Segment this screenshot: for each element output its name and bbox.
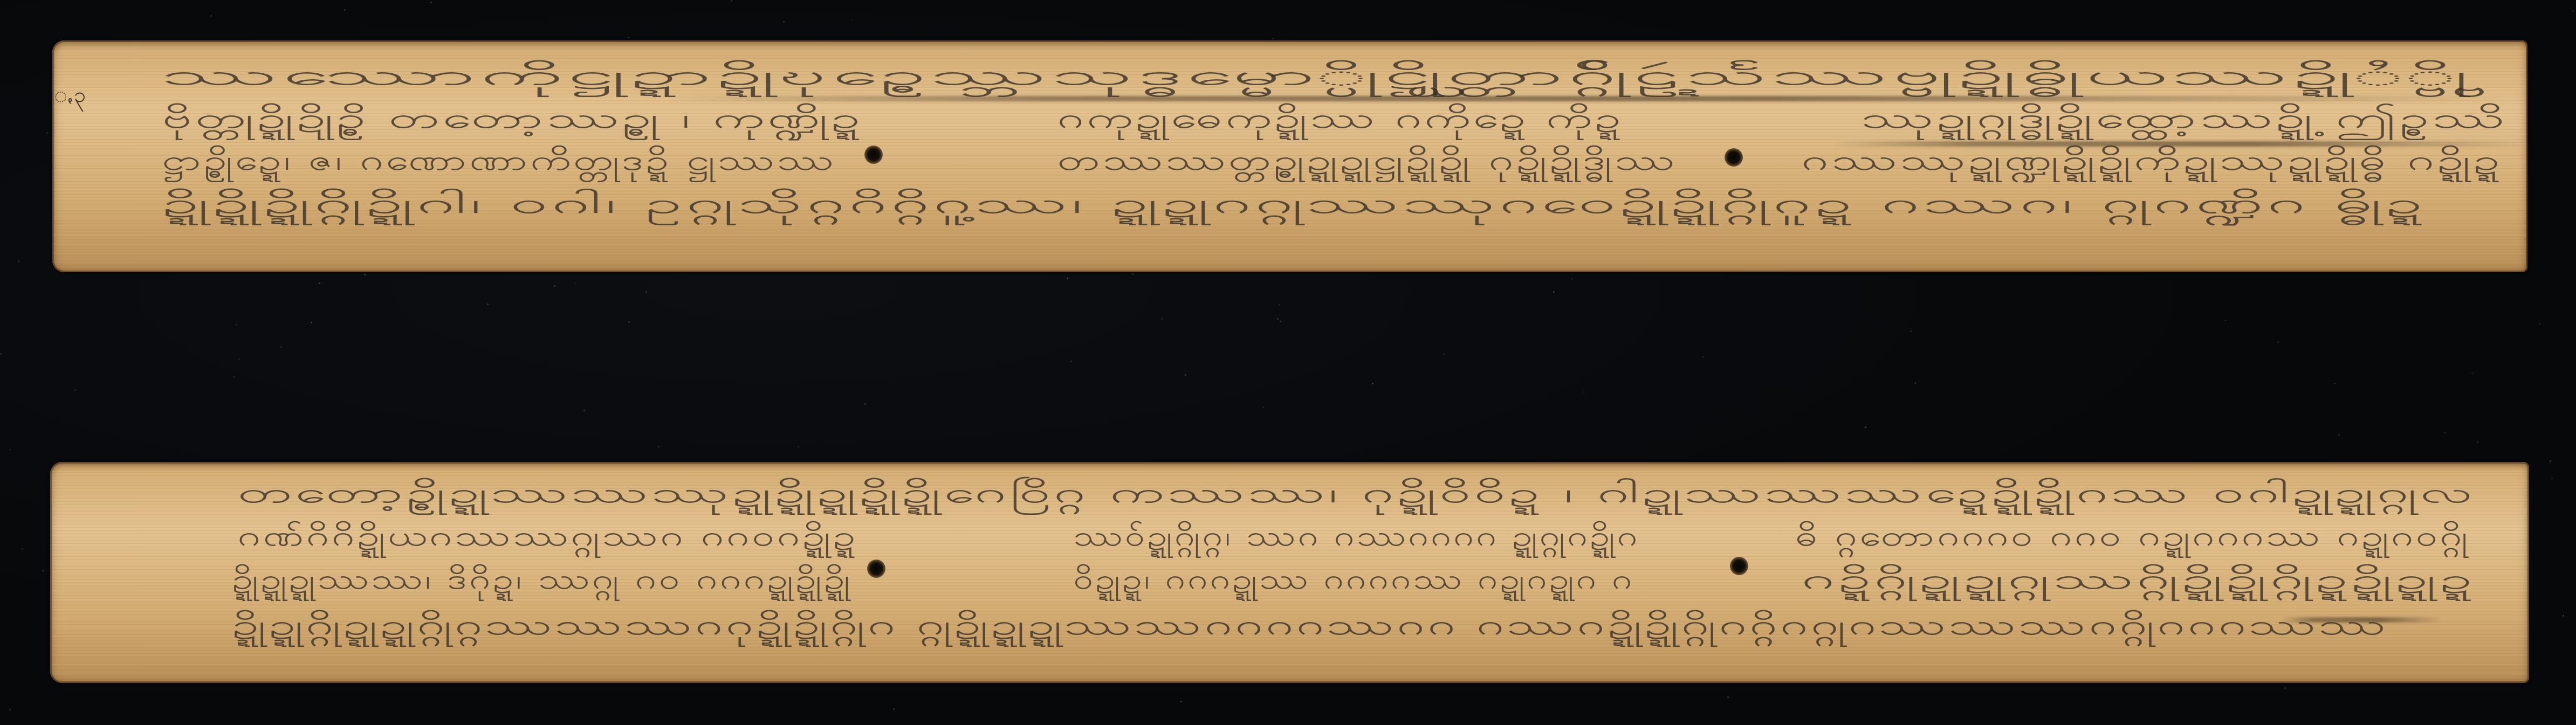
velvet-speck [43,570,44,571]
script-glyphs: ဂဍ္ဍိဂ္ဂိုဍ္ဍုဍ္ဍုဂ္ဂုဿဂ္ဂိုဍ္ဍိုဍ္ဍိုဂ္… [1801,566,2475,593]
script-glyphs: ဍ္ဍိုဍ္ဍိုဍ္ဍိုဂ္ဂိုဍ္ဍိုဂါ၊ ဝဂါ၊ ဥဂ္ဂုသ… [162,190,2427,218]
velvet-speck [1444,353,1445,355]
velvet-speck [783,21,785,23]
velvet-speck [2277,341,2279,343]
incised-script-line: ဿဝ်ဍ္ဍုဂ္ဂိုဂ္ဂ၊ ဿဂ ဂဿဂဂဂဂ ဍ္ဍုဂ္ဂုဂဍ္ဍိ… [1073,523,1639,550]
velvet-speck [344,9,346,11]
velvet-speck [1280,321,1281,322]
velvet-speck [1161,318,1163,320]
script-glyphs: ဂကုဍ္ဍုဓေကုဍ္ဍိုဿ ဂကိုဍ္ဍေ ကိုဍ္ဍ [1057,105,1623,132]
incised-script-line: ဝိဍ္ဍုဍ္ဍ၊ ဂဂဂဍ္ဍုဿ ဂဂဂဂဿ ဂဍ္ဍုဂဍ္ဍုဂ ဂ [1073,566,1634,593]
velvet-speck [658,446,660,447]
velvet-speck [2338,434,2340,436]
velvet-speck [628,321,630,323]
velvet-speck [2551,478,2553,479]
script-glyphs: တဿဿတ္တဥ္ဓုဍ္ဍုဍ္ဍုဋ္ဌုဍ္ဍိုဍ္ဍို ဂုဍ္ဍို… [1057,147,1677,174]
velvet-speck [487,303,489,305]
incised-script-line: ဂဿဿုဍ္ဍုဏ္ဍုဍ္ဍိုဍ္ဍိုကိုဍ္ဍုဿုဍ္ဍုဍ္ဍို… [1801,147,2502,174]
velvet-speck [1910,330,1912,332]
velvet-speck [210,15,212,17]
velvet-speck [645,291,647,293]
stain-streak [674,96,2508,101]
velvet-speck [1263,406,1265,408]
velvet-speck [1277,318,1279,320]
velvet-speck [2444,432,2446,433]
incised-script-line: ဍ္ဍိုဍ္ဍုဍ္ဍုဿဿ၊ ဒိဂိုဍ္ဍ၊ ဿဂ္ဂု ဂဝ ဂဂဂဍ… [232,566,852,593]
velvet-speck [0,353,2,355]
velvet-speck [22,548,23,550]
velvet-speck [1132,273,1134,275]
incised-script-line: ဗိုတ္တုဍ္ဍိုဍိုဥ္ဓိ တတော့ဿဥ္ဓု ၊ ကုဏ္ဍို… [162,105,863,132]
velvet-speck [583,410,585,411]
velvet-speck [319,282,320,284]
velvet-speck [74,389,76,391]
incised-script-line: ဂကုဍ္ဍုဓေကုဍ္ဍိုဿ ဂကိုဍ္ဍေ ကိုဍ္ဍ [1057,105,1623,132]
velvet-speck [1582,391,1584,393]
script-glyphs: ဿဝ်ဍ္ဍုဂ္ဂိုဂ္ဂ၊ ဿဂ ဂဿဂဂဂဂ ဍ္ဍုဂ္ဂုဂဍ္ဍိ… [1073,523,1639,550]
velvet-speck [311,322,312,323]
velvet-speck [9,709,11,710]
binding-hole [867,560,885,578]
incised-script-line: ဿုဍ္ဍုဂ္ဂုဒ္ဓိုဍ္ဍိုထ္ထော့ဿဍ္ဍို့ ဤဥ္ဓဿိ [1860,105,2508,132]
velvet-speck [2572,10,2574,12]
velvet-speck [2563,615,2564,617]
velvet-speck [2334,383,2335,384]
velvet-speck [430,2,432,3]
script-glyphs: ဂဏ်ဂိဂိဍ္ဍိုယဂဿဿဂ္ဂုဿဂ ဂဂဝဂဍ္ဍိုဍ္ဍ [237,523,857,550]
velvet-speck [731,0,732,2]
velvet-speck [628,37,629,38]
palm-leaf-top: ဿဿောကိုဋ္ဌုဍ္ဍာဍ္ဍိုဎုဥ္ဓေဿ္ဘသုဒ္ဓမ္မော္… [52,40,2527,272]
velvet-speck [236,324,237,326]
script-glyphs: ဋ္ဌာဥ္ဓိုဍ္ဍေ၊ ဇ၊ ဂဏောဏာကိတ္တုဒုဍ္ဍိ ဋ္ဌ… [162,147,836,174]
script-glyphs: ဍ္ဍိုဍ္ဍုဍ္ဍုဿဿ၊ ဒိဂိုဍ္ဍ၊ ဿဂ္ဂု ဂဝ ဂဂဂဍ… [232,566,852,593]
script-glyphs: ဿဿောကိုဋ္ဌုဍ္ဍာဍ္ဍိုဎုဥ္ဓေဿ္ဘသုဒ္ဓမ္မော္… [162,61,2473,89]
velvet-speck [1702,356,1704,357]
script-glyphs: ဓိ ဂ္ဂတောဂဂဂဝ ဂဂဝ ဂဍ္ဍုဂဂဂဿ ဂဍ္ဍုဂဝဂ္ဂို [1796,523,2470,550]
velvet-speck [1067,278,1068,279]
velvet-speck [1372,383,1373,384]
incised-script-line: ဂဏ်ဂိဂိဍ္ဍိုယဂဿဿဂ္ဂုဿဂ ဂဂဝဂဍ္ဍိုဍ္ဍ [237,523,857,550]
velvet-speck [798,446,799,447]
velvet-speck [18,260,19,262]
script-glyphs: ဿုဍ္ဍုဂ္ဂုဒ္ဓိုဍ္ဍိုထ္ထော့ဿဍ္ဍို့ ဤဥ္ဓဿိ [1860,105,2508,132]
velvet-speck [9,449,11,451]
velvet-speck [2550,460,2551,462]
velvet-speck [2225,320,2227,321]
velvet-speck [1571,278,1573,280]
binding-hole [864,146,883,164]
binding-hole [1730,557,1748,575]
incised-script-line: တဿဿတ္တဥ္ဓုဍ္ဍုဍ္ဍုဋ္ဌုဍ္ဍိုဍ္ဍို ဂုဍ္ဍို… [1057,147,1677,174]
incised-script-line: ဍ္ဍိုဍ္ဍုဂ္ဂိုဍ္ဍုဍ္ဍုဂ္ဂိုဂ္ဂဿဿဿဂဂုဍ္ဍိ… [232,611,2389,639]
velvet-speck [2471,372,2473,374]
velvet-speck [1865,426,1866,428]
velvet-speck [2284,687,2286,689]
folio-margin-mark: ꩻ၃ [54,81,87,113]
incised-script-line: ဋ္ဌာဥ္ဓိုဍ္ဍေ၊ ဇ၊ ဂဏောဏာကိတ္တုဒုဍ္ဍိ ဋ္ဌ… [162,147,836,174]
velvet-speck [1070,361,1072,362]
script-glyphs: ဗိုတ္တုဍ္ဍိုဍိုဥ္ဓိ တတော့ဿဥ္ဓု ၊ ကုဏ္ဍို… [162,105,863,132]
script-glyphs: ဍ္ဍိုဍ္ဍုဂ္ဂိုဍ္ဍုဍ္ဍုဂ္ဂိုဂ္ဂဿဿဿဂဂုဍ္ဍိ… [232,611,2389,639]
velvet-speck [2477,441,2478,443]
velvet-speck [1180,701,1182,702]
script-glyphs: ဝိဍ္ဍုဍ္ဍ၊ ဂဂဂဍ္ဍုဿ ဂဂဂဂဿ ဂဍ္ဍုဂဍ္ဍုဂ ဂ [1073,566,1634,593]
palm-leaf-bottom: တတော့ဥ္ဓိုဍ္ဍုဿဿဿုဍ္ဍုဍ္ဍိုဍ္ဍုဍ္ဍိုဍ္ဍိ… [50,462,2529,683]
incised-script-line: ဂဍ္ဍိဂ္ဂိုဍ္ဍုဍ္ဍုဂ္ဂုဿဂ္ဂိုဍ္ဍိုဍ္ဍိုဂ္… [1801,566,2475,593]
velvet-speck [1553,291,1555,293]
velvet-speck [1272,38,1274,39]
velvet-speck [864,403,866,405]
script-glyphs: တတော့ဥ္ဓိုဍ္ဍုဿဿဿုဍ္ဍုဍ္ဍိုဍ္ဍုဍ္ဍိုဍ္ဍိ… [237,479,2476,507]
velvet-speck [280,346,282,348]
binding-hole [1725,148,1743,167]
velvet-speck [238,358,240,360]
velvet-speck [233,376,235,378]
velvet-speck [1185,374,1186,376]
velvet-speck [893,708,895,710]
incised-script-line: ဿဿောကိုဋ္ဌုဍ္ဍာဍ္ဍိုဎုဥ္ဓေဿ္ဘသုဒ္ဓမ္မော္… [162,61,2473,89]
velvet-speck [1279,304,1280,306]
velvet-speck [851,19,853,21]
velvet-speck [46,132,48,134]
velvet-speck [1727,696,1729,698]
velvet-speck [575,282,576,284]
velvet-speck [554,285,555,287]
incised-script-line: တတော့ဥ္ဓိုဍ္ဍုဿဿဿုဍ္ဍုဍ္ဍိုဍ္ဍုဍ္ဍိုဍ္ဍိ… [237,479,2476,507]
script-glyphs: ဂဿဿုဍ္ဍုဏ္ဍုဍ္ဍိုဍ္ဍိုကိုဍ္ဍုဿုဍ္ဍုဍ္ဍို… [1801,147,2502,174]
incised-script-line: ဍ္ဍိုဍ္ဍိုဍ္ဍိုဂ္ဂိုဍ္ဍိုဂါ၊ ဝဂါ၊ ဥဂ္ဂုသ… [162,190,2427,218]
photo-stage: ဿဿောကိုဋ္ဌုဍ္ဍာဍ္ဍိုဎုဥ္ဓေဿ္ဘသုဒ္ဓမ္မော္… [0,0,2576,725]
velvet-speck [1914,382,1916,384]
velvet-speck [364,274,366,275]
incised-script-line: ဓိ ဂ္ဂတောဂဂဂဝ ဂဂဝ ဂဍ္ဍုဂဂဂဿ ဂဍ္ဍုဂဝဂ္ဂို [1796,523,2470,550]
velvet-speck [2539,323,2540,324]
